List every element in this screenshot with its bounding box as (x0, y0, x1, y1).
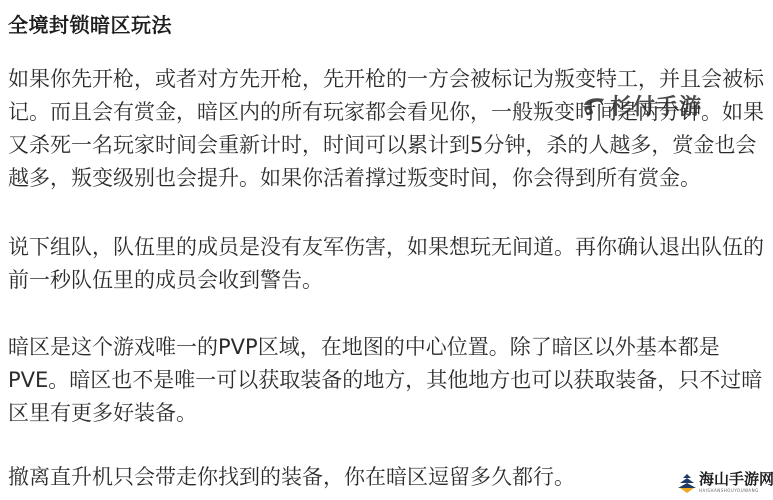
text-line: 说下组队，队伍里的成员是没有友军伤害，如果想玩无间道。再你确认退出队伍的 (8, 231, 764, 264)
watermark-text: 海山手游网 (699, 472, 773, 487)
paragraph-rogue-agent: 如果你先开枪，或者对方先开枪，先开枪的一方会被标记为叛变特工，并且会被标 记。而… (8, 63, 764, 195)
watermark-text: 杉付手游 (610, 90, 702, 121)
text-line: 区里有更多好装备。 (8, 397, 762, 430)
text-line: 撤离直升机只会带走你找到的装备，你在暗区逗留多久都行。 (8, 461, 575, 494)
watermark-corner: 海山手游网 HAISHANSHOUYOUWANG (678, 472, 773, 493)
brush-logo-icon (580, 93, 606, 119)
watermark-subtext: HAISHANSHOUYOUWANG (699, 489, 773, 493)
text-line: 前一秒队伍里的成员会收到警告。 (8, 264, 764, 297)
paragraph-extraction: 撤离直升机只会带走你找到的装备，你在暗区逗留多久都行。 (8, 461, 575, 494)
paragraph-dark-zone: 暗区是这个游戏唯一的PVP区域，在地图的中心位置。除了暗区以外基本都是 PVE。… (8, 331, 762, 430)
watermark-center: 杉付手游 (580, 90, 702, 121)
pagoda-logo-icon (678, 473, 696, 493)
text-line: 又杀死一名玩家时间会重新计时，时间可以累计到5分钟，杀的人越多，赏金也会 (8, 129, 764, 162)
text-line: 越多，叛变级别也会提升。如果你活着撑过叛变时间，你会得到所有赏金。 (8, 162, 764, 195)
article-title: 全境封锁暗区玩法 (8, 9, 172, 38)
text-line: 暗区是这个游戏唯一的PVP区域，在地图的中心位置。除了暗区以外基本都是 (8, 331, 762, 364)
text-line: PVE。暗区也不是唯一可以获取装备的地方，其他地方也可以获取装备，只不过暗 (8, 364, 762, 397)
paragraph-team: 说下组队，队伍里的成员是没有友军伤害，如果想玩无间道。再你确认退出队伍的 前一秒… (8, 231, 764, 297)
